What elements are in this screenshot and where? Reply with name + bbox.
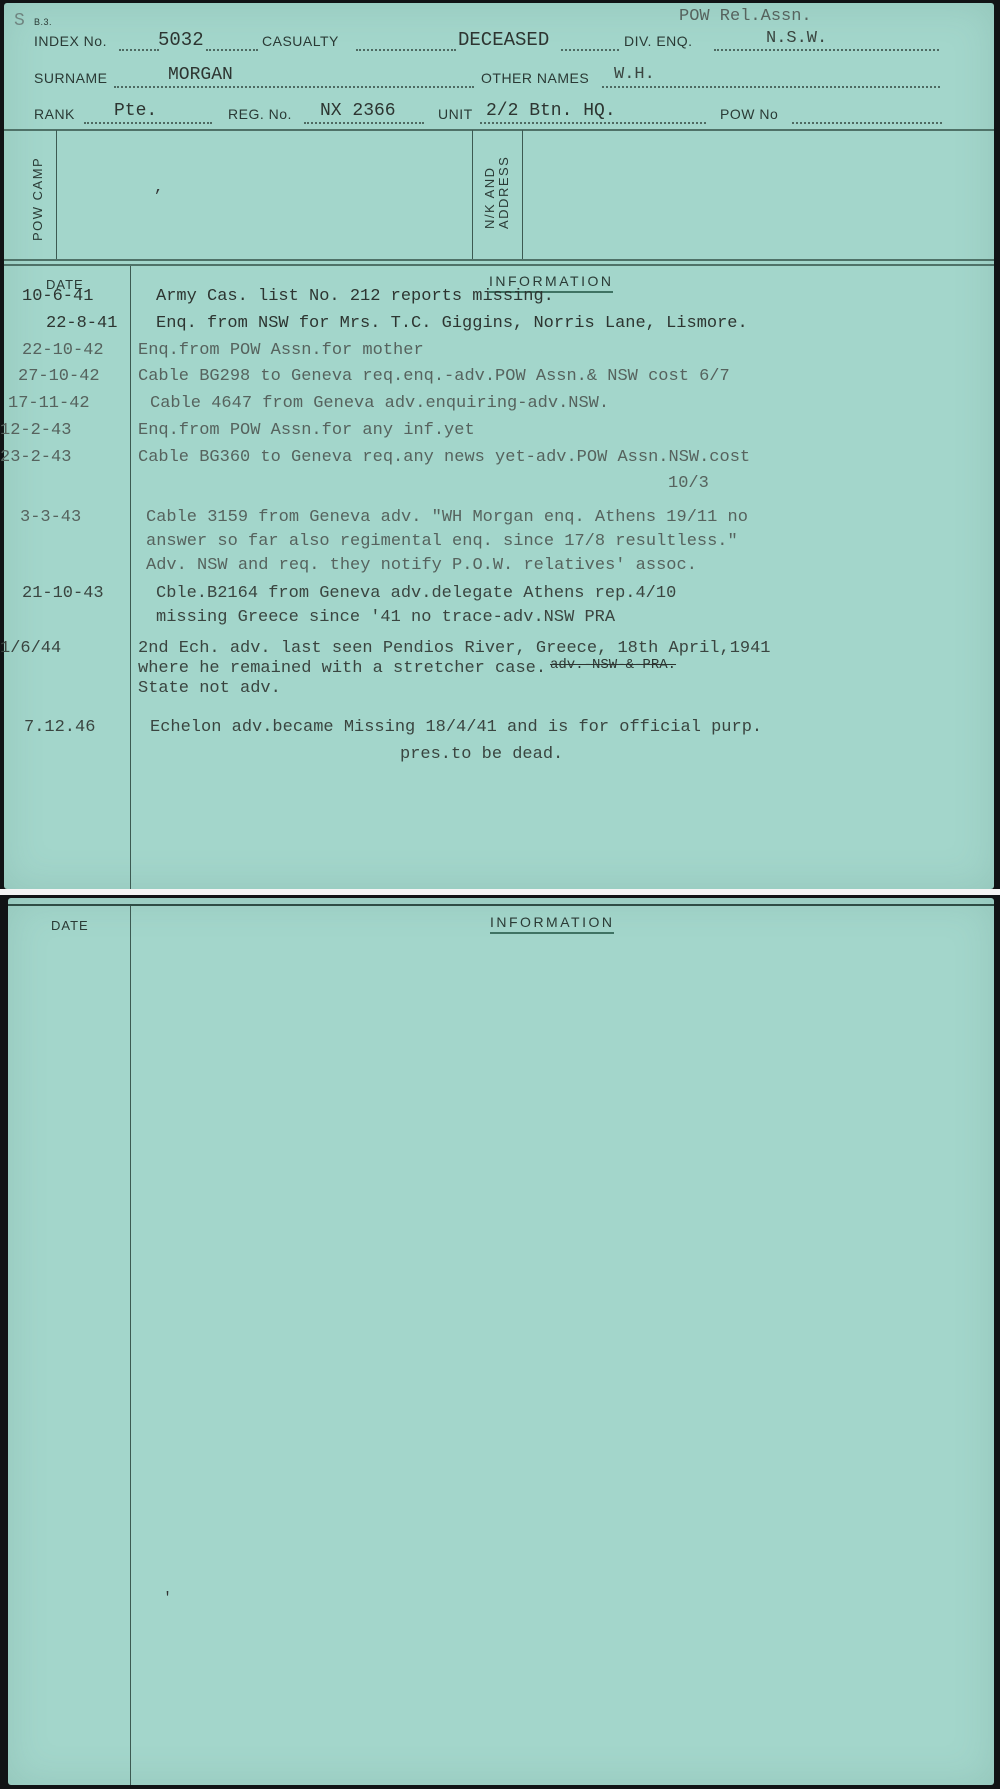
entry-date: 7.12.46	[24, 718, 95, 737]
entry-text-line: where he remained with a stretcher case.	[138, 659, 546, 678]
entry-text-line: missing Greece since '41 no trace-adv.NS…	[156, 608, 615, 627]
entry-text-line: Enq.from POW Assn.for mother	[138, 341, 424, 360]
entry-date: 3-3-43	[20, 508, 81, 527]
back-information-column-header: INFORMATION	[490, 914, 614, 934]
entry-text-line: answer so far also regimental enq. since…	[146, 532, 738, 551]
pen-mark: ,	[154, 178, 164, 196]
rank-label: RANK	[34, 106, 75, 122]
back-date-column-header: DATE	[51, 918, 89, 933]
unit-label: UNIT	[438, 106, 473, 122]
entry-text-line: Cable BG360 to Geneva req.any news yet-a…	[138, 448, 750, 467]
entry-text-line: 2nd Ech. adv. last seen Pendios River, G…	[138, 639, 771, 658]
entry-text-line: Cble.B2164 from Geneva adv.delegate Athe…	[156, 584, 676, 603]
entry-date: 27-10-42	[18, 367, 100, 386]
nok-label-line2: ADDRESS	[496, 156, 511, 229]
entry-text-line: Cable 4647 from Geneva adv.enquiring-adv…	[150, 394, 609, 413]
pen-mark: '	[163, 1590, 172, 1607]
entry-date: 1/6/44	[0, 639, 61, 658]
pow-no-label: POW No	[720, 106, 778, 122]
entry-text-line: Enq. from NSW for Mrs. T.C. Giggins, Nor…	[156, 314, 748, 333]
nok-label-line1: N/K AND	[482, 166, 497, 229]
reg-no-label: REG. No.	[228, 106, 292, 122]
div-enq-note: POW Rel.Assn.	[679, 7, 812, 26]
entry-text-line: State not adv.	[138, 679, 281, 698]
casualty-value: DECEASED	[458, 29, 549, 51]
index-card-front: B.3. S POW Rel.Assn. INDEX No. 5032 CASU…	[4, 3, 994, 889]
struck-out-text: adv.-NSW-&-PRA.	[550, 657, 676, 673]
other-names-value: W.H.	[614, 65, 655, 84]
casualty-label: CASUALTY	[262, 33, 339, 49]
entry-date: 10-6-41	[22, 287, 93, 306]
unit-value: 2/2 Btn. HQ.	[486, 101, 616, 121]
entry-text-line: Cable 3159 from Geneva adv. "WH Morgan e…	[146, 508, 748, 527]
entry-text-line: Army Cas. list No. 212 reports missing.	[156, 287, 554, 306]
entry-text-line: Echelon adv.became Missing 18/4/41 and i…	[150, 718, 762, 737]
index-card-back: DATE INFORMATION '	[8, 898, 994, 1785]
pow-camp-label: POW CAMP	[30, 157, 45, 241]
entry-date: 22-10-42	[22, 341, 104, 360]
index-value: 5032	[158, 29, 204, 51]
entry-date: 21-10-43	[22, 584, 104, 603]
entry-date: 23-2-43	[0, 448, 71, 467]
surname-label: SURNAME	[34, 70, 108, 86]
entry-text-line: Enq.from POW Assn.for any inf.yet	[138, 421, 475, 440]
div-enq-label: DIV. ENQ.	[624, 33, 693, 49]
entry-text-line: Cable BG298 to Geneva req.enq.-adv.POW A…	[138, 367, 730, 386]
margin-mark: S	[14, 11, 25, 31]
entry-date: 17-11-42	[8, 394, 90, 413]
entry-date: 22-8-41	[46, 314, 117, 333]
div-enq-value: N.S.W.	[766, 29, 827, 48]
rank-value: Pte.	[114, 101, 157, 121]
reg-no-value: NX 2366	[320, 101, 396, 121]
entry-text-line: Adv. NSW and req. they notify P.O.W. rel…	[146, 556, 697, 575]
entry-date: 12-2-43	[0, 421, 71, 440]
other-names-label: OTHER NAMES	[481, 70, 589, 86]
entry-text-line: pres.to be dead.	[400, 745, 563, 764]
index-label: INDEX No.	[34, 33, 107, 49]
card-separator	[0, 889, 1000, 895]
form-code: B.3.	[34, 17, 52, 27]
entry-text-line: 10/3	[668, 474, 709, 493]
surname-value: MORGAN	[168, 65, 233, 85]
